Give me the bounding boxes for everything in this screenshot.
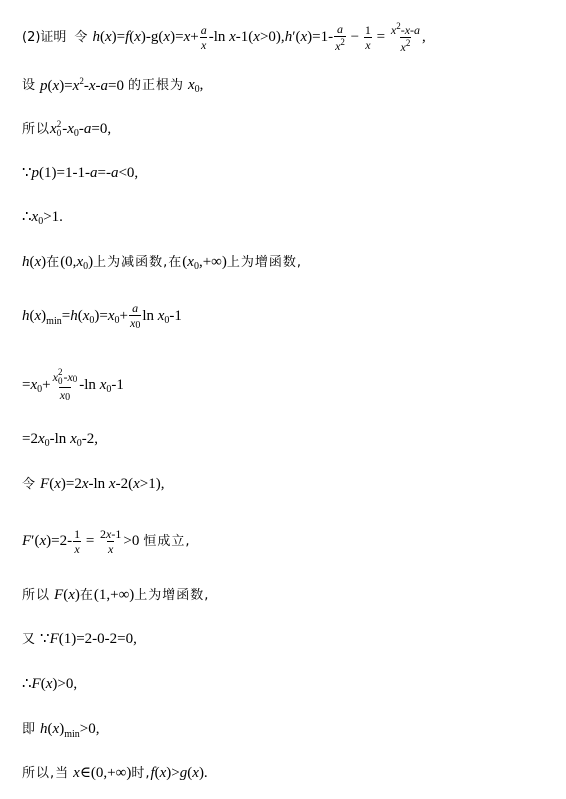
line-2: 设 p(x)=x2-x-a=0 的正根为 x0,	[22, 77, 203, 94]
math-expr: ln x0-1	[142, 309, 182, 324]
text-positive-root: 的正根为	[128, 79, 184, 92]
line-8: =x0+ x20-x0 x0 -ln x0-1	[22, 368, 124, 402]
line-6: h(x) 在 (0,x0) 上为减函数, 在 (x0,+∞) 上为增函数,	[22, 255, 302, 270]
math-expr: p(x)=x2-x-a=0	[40, 77, 124, 94]
comma: ,	[422, 30, 426, 45]
math-expr: F(x)>0,	[32, 677, 78, 692]
math-expr: F(x)	[54, 588, 80, 603]
text-suoyi: 所以	[22, 123, 50, 136]
fraction-1-over-x: 1x	[364, 24, 372, 51]
line-15: 即 h(x)min>0,	[22, 722, 99, 737]
line-16: 所以,当 x∈(0,+∞) 时, f(x)>g(x).	[22, 766, 208, 781]
text-always-holds: 恒成立,	[143, 535, 190, 548]
fraction-a-over-x0: ax0	[129, 302, 141, 330]
text-increasing: 上为增函数,	[227, 256, 302, 269]
line-11: F′(x)=2- 1x = 2x-1x >0 恒成立,	[22, 528, 190, 555]
math-expr: (0,x0)	[60, 255, 93, 270]
text-she: 设	[22, 79, 36, 92]
text-ling: 令	[74, 31, 88, 44]
text-zai: 在	[46, 256, 60, 269]
fraction-1-over-x: 1x	[73, 528, 81, 555]
line-9: =2x0-ln x0-2,	[22, 432, 98, 447]
math-expr: h(x)=f(x)-g(x)=x+	[92, 30, 198, 45]
fraction-a-over-x: ax	[200, 24, 208, 51]
math-expr: -x0-a=0,	[62, 122, 111, 137]
line-14: ∴ F(x)>0,	[22, 677, 77, 692]
math-expr: >0	[123, 534, 139, 549]
text-zai: 在	[168, 256, 182, 269]
math-expr: p(1)=1-1-a=-a<0,	[32, 166, 139, 181]
math-expr: h(x)	[22, 255, 46, 270]
therefore-symbol: ∴	[22, 210, 32, 225]
line-7: h(x)min=h(x0)=x0+ ax0 ln x0-1	[22, 302, 182, 330]
math-expr: −	[347, 30, 363, 45]
because-symbol: ∵	[22, 166, 32, 181]
math-expr: (1,+∞)	[94, 588, 134, 603]
math-expr: h(x)min>0,	[40, 722, 99, 737]
math-expr: x	[50, 122, 57, 137]
text-decreasing: 上为减函数,	[93, 256, 168, 269]
math-expr: x∈(0,+∞)	[73, 766, 131, 781]
fraction-derivative: x2-x-ax2	[390, 22, 421, 53]
math-expr: =	[82, 534, 98, 549]
line-10: 令 F(x)=2x-ln x-2(x>1),	[22, 477, 164, 492]
text-zai: 在	[80, 589, 94, 602]
math-expr: F(x)=2x-ln x-2(x>1),	[40, 477, 164, 492]
line-4: ∵ p(1)=1-1-a=-a<0,	[22, 166, 138, 181]
math-expr: x0,	[188, 78, 203, 93]
fraction-x0sq-minus-x0: x20-x0 x0	[52, 368, 79, 402]
math-expr: =2x0-ln x0-2,	[22, 432, 98, 447]
math-expr: -ln x-1(x>0),h′(x)=1-	[209, 30, 333, 45]
fraction-a-over-x2: ax2	[334, 23, 346, 52]
math-expr: =	[373, 30, 389, 45]
line-1: (2)证明 令 h(x)=f(x)-g(x)=x+ ax -ln x-1(x>0…	[22, 22, 426, 53]
sup-sub: 20	[57, 120, 62, 138]
math-expr: -ln x0-1	[79, 378, 124, 393]
because-symbol: ∵	[40, 632, 50, 647]
proof-label: (2)证明	[22, 31, 66, 44]
text-you: 又	[22, 633, 36, 646]
text-shi: 时,	[131, 767, 150, 780]
text-ji: 即	[22, 723, 36, 736]
text-increasing: 上为增函数,	[134, 589, 209, 602]
text-suoyi-dang: 所以,当	[22, 767, 69, 780]
line-5: ∴ x0>1.	[22, 210, 63, 225]
text-ling: 令	[22, 478, 36, 491]
math-expr: (x0,+∞)	[182, 255, 227, 270]
line-13: 又 ∵ F(1)=2-0-2=0,	[22, 632, 137, 647]
math-expr: f(x)>g(x).	[150, 766, 207, 781]
therefore-symbol: ∴	[22, 677, 32, 692]
line-12: 所以 F(x) 在 (1,+∞) 上为增函数,	[22, 588, 209, 603]
math-expr: F(1)=2-0-2=0,	[50, 632, 137, 647]
math-expr: F′(x)=2-	[22, 534, 72, 549]
math-expr: h(x)min=h(x0)=x0+	[22, 309, 128, 324]
fraction-2x-minus-1-over-x: 2x-1x	[99, 528, 122, 555]
math-expr: =x0+	[22, 378, 51, 393]
math-expr: x0>1.	[32, 210, 63, 225]
line-3: 所以 x 20 -x0-a=0,	[22, 120, 111, 138]
text-suoyi: 所以	[22, 589, 50, 602]
